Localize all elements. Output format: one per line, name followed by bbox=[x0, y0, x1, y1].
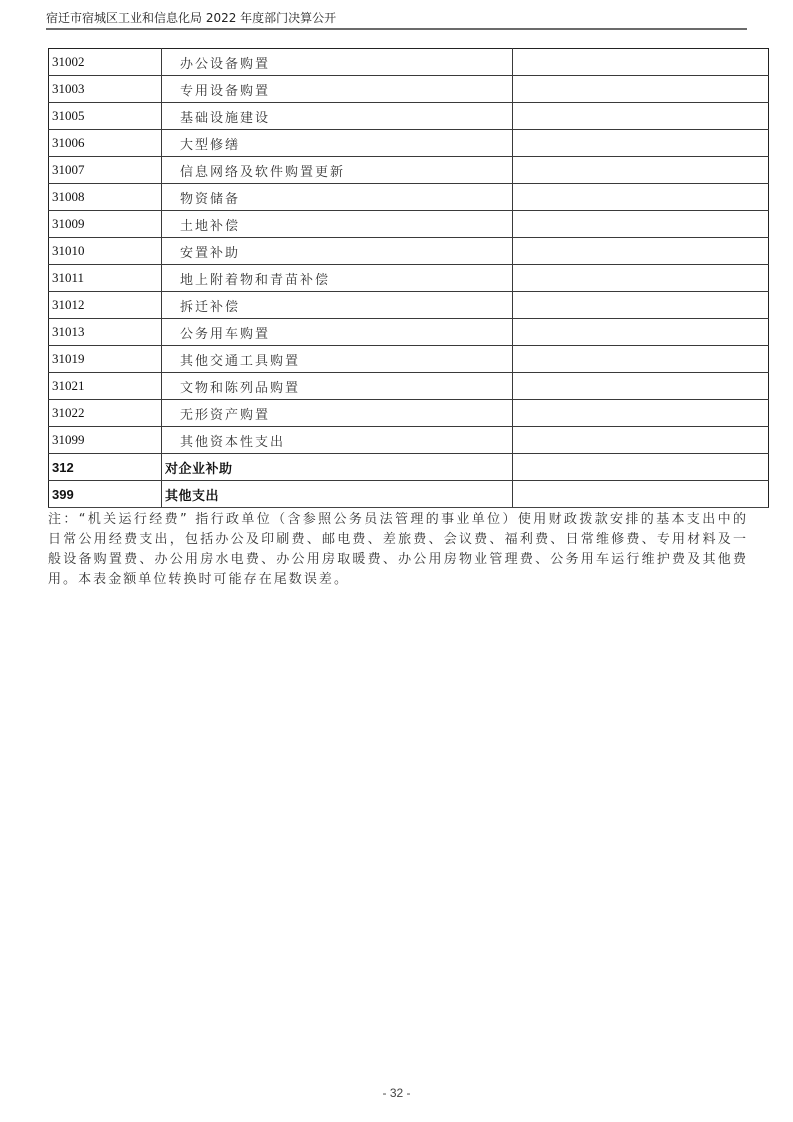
amount-cell bbox=[513, 238, 769, 265]
amount-cell bbox=[513, 454, 769, 481]
amount-cell bbox=[513, 346, 769, 373]
item-name-cell: 其他支出 bbox=[162, 481, 513, 508]
table-row: 31010 安置补助 bbox=[49, 238, 769, 265]
item-name-cell: 物资储备 bbox=[162, 184, 513, 211]
table-row: 31013 公务用车购置 bbox=[49, 319, 769, 346]
page-number: - 32 - bbox=[0, 1086, 793, 1100]
item-name-cell: 无形资产购置 bbox=[162, 400, 513, 427]
table-row: 31009 土地补偿 bbox=[49, 211, 769, 238]
economic-code-cell: 31005 bbox=[49, 103, 162, 130]
amount-cell bbox=[513, 400, 769, 427]
item-name-cell: 对企业补助 bbox=[162, 454, 513, 481]
table-row: 31005 基础设施建设 bbox=[49, 103, 769, 130]
table-row: 31022 无形资产购置 bbox=[49, 400, 769, 427]
item-name-cell: 地上附着物和青苗补偿 bbox=[162, 265, 513, 292]
amount-cell bbox=[513, 265, 769, 292]
item-name-cell: 专用设备购置 bbox=[162, 76, 513, 103]
expenditure-table-container: 31002 办公设备购置 31003 专用设备购置 31005 基础设施建设 3… bbox=[48, 48, 769, 508]
item-name-cell: 安置补助 bbox=[162, 238, 513, 265]
economic-code-cell: 31022 bbox=[49, 400, 162, 427]
economic-code-cell: 399 bbox=[49, 481, 162, 508]
amount-cell bbox=[513, 184, 769, 211]
amount-cell bbox=[513, 319, 769, 346]
table-row: 31002 办公设备购置 bbox=[49, 49, 769, 76]
item-name-cell: 公务用车购置 bbox=[162, 319, 513, 346]
economic-code-cell: 31013 bbox=[49, 319, 162, 346]
table-row: 31021 文物和陈列品购置 bbox=[49, 373, 769, 400]
item-name-cell: 土地补偿 bbox=[162, 211, 513, 238]
table-row: 31099 其他资本性支出 bbox=[49, 427, 769, 454]
item-name-cell: 办公设备购置 bbox=[162, 49, 513, 76]
table-row: 31011 地上附着物和青苗补偿 bbox=[49, 265, 769, 292]
item-name-cell: 大型修缮 bbox=[162, 130, 513, 157]
economic-code-cell: 31003 bbox=[49, 76, 162, 103]
table-row: 31003 专用设备购置 bbox=[49, 76, 769, 103]
amount-cell bbox=[513, 130, 769, 157]
document-title: 宿迁市宿城区工业和信息化局 2022 年度部门决算公开 bbox=[46, 11, 336, 25]
item-name-cell: 其他资本性支出 bbox=[162, 427, 513, 454]
economic-code-cell: 31019 bbox=[49, 346, 162, 373]
amount-cell bbox=[513, 373, 769, 400]
economic-code-cell: 31006 bbox=[49, 130, 162, 157]
table-row: 31008 物资储备 bbox=[49, 184, 769, 211]
item-name-cell: 文物和陈列品购置 bbox=[162, 373, 513, 400]
amount-cell bbox=[513, 292, 769, 319]
table-row-category: 312 对企业补助 bbox=[49, 454, 769, 481]
page-header: 宿迁市宿城区工业和信息化局 2022 年度部门决算公开 bbox=[46, 10, 747, 30]
expenditure-table-body: 31002 办公设备购置 31003 专用设备购置 31005 基础设施建设 3… bbox=[49, 49, 769, 508]
economic-code-cell: 31002 bbox=[49, 49, 162, 76]
item-name-cell: 其他交通工具购置 bbox=[162, 346, 513, 373]
footnote-text: 注：“机关运行经费” 指行政单位（含参照公务员法管理的事业单位）使用财政拨款安排… bbox=[48, 512, 748, 587]
amount-cell bbox=[513, 49, 769, 76]
economic-code-cell: 31099 bbox=[49, 427, 162, 454]
table-footnote: 注：“机关运行经费” 指行政单位（含参照公务员法管理的事业单位）使用财政拨款安排… bbox=[48, 510, 748, 590]
table-row: 31007 信息网络及软件购置更新 bbox=[49, 157, 769, 184]
economic-code-cell: 31012 bbox=[49, 292, 162, 319]
economic-code-cell: 31011 bbox=[49, 265, 162, 292]
amount-cell bbox=[513, 427, 769, 454]
economic-code-cell: 31007 bbox=[49, 157, 162, 184]
expenditure-table: 31002 办公设备购置 31003 专用设备购置 31005 基础设施建设 3… bbox=[48, 48, 769, 508]
table-row: 31006 大型修缮 bbox=[49, 130, 769, 157]
item-name-cell: 信息网络及软件购置更新 bbox=[162, 157, 513, 184]
item-name-cell: 基础设施建设 bbox=[162, 103, 513, 130]
economic-code-cell: 312 bbox=[49, 454, 162, 481]
amount-cell bbox=[513, 76, 769, 103]
amount-cell bbox=[513, 211, 769, 238]
table-row: 31012 拆迁补偿 bbox=[49, 292, 769, 319]
economic-code-cell: 31008 bbox=[49, 184, 162, 211]
item-name-cell: 拆迁补偿 bbox=[162, 292, 513, 319]
economic-code-cell: 31010 bbox=[49, 238, 162, 265]
table-row: 31019 其他交通工具购置 bbox=[49, 346, 769, 373]
amount-cell bbox=[513, 103, 769, 130]
economic-code-cell: 31009 bbox=[49, 211, 162, 238]
economic-code-cell: 31021 bbox=[49, 373, 162, 400]
page-number-text: - 32 - bbox=[382, 1086, 410, 1100]
amount-cell bbox=[513, 157, 769, 184]
amount-cell bbox=[513, 481, 769, 508]
table-row-category: 399 其他支出 bbox=[49, 481, 769, 508]
